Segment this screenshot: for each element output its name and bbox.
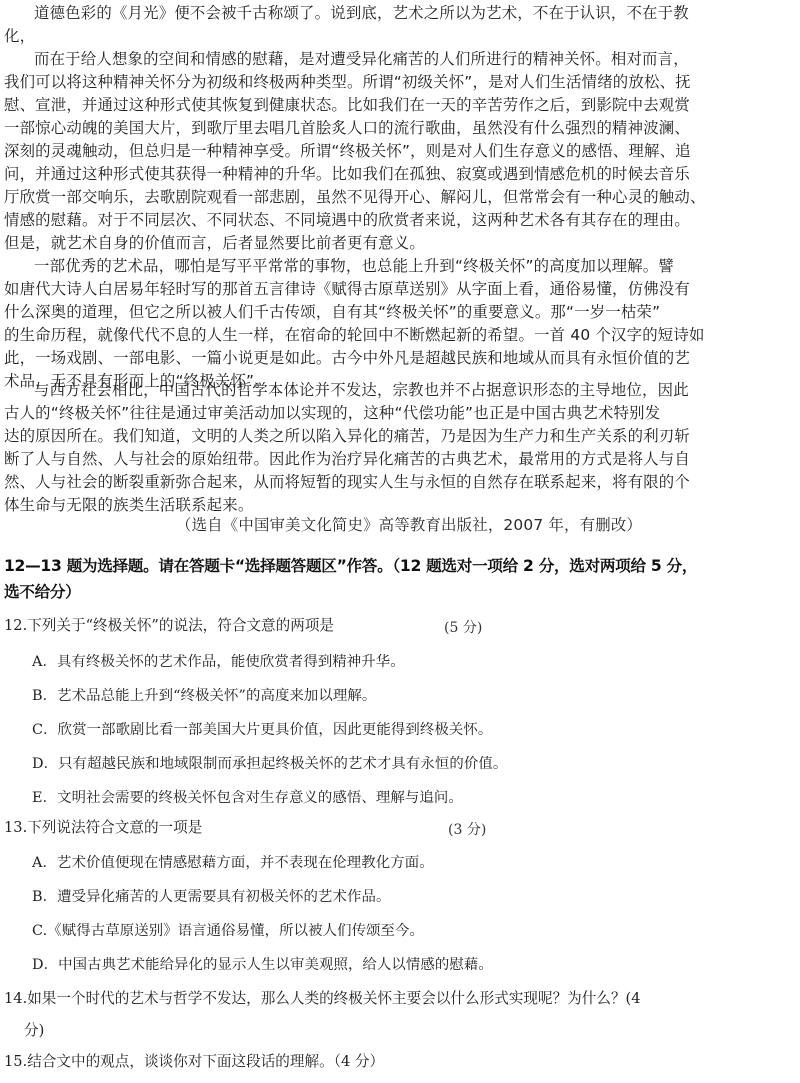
passage-line: 厅欣赏一部交响乐，去歌剧院观看一部悲剧，虽然不见得开心、解闷儿，但常常会有一种心… [4, 187, 706, 207]
instructions-line: 12—13 题为选择题。请在答题卡“选择题答题区”作答。（12 题选对一项给 2… [4, 556, 697, 576]
passage-line: 古人的“终极关怀”往往是通过审美活动加以实现的，这种“代偿功能”也正是中国古典艺… [4, 403, 660, 423]
option-b: B．艺术品总能上升到“终极关怀”的高度来加以理解。 [32, 686, 376, 706]
question-score: (3 分) [448, 819, 486, 839]
passage-line: 达的原因所在。我们知道，文明的人类之所以陷入异化的痛苦，乃是因为生产力和生产关系… [4, 426, 690, 446]
passage-line: 但是，就艺术自身的价值而言，后者显然要比前者更有意义。 [4, 233, 425, 253]
question-stem: 15.结合文中的观点，谈谈你对下面这段话的理解。（4 分） [4, 1052, 384, 1072]
passage-line: 情感的慰藉。对于不同层次、不同状态、不同境遇中的欣赏者来说，这两种艺术各有其存在… [4, 210, 690, 230]
option-a: A．具有终极关怀的艺术作品，能使欣赏者得到精神升华。 [32, 652, 405, 672]
passage-line: 体生命与无限的族类生活联系起来。 [4, 495, 253, 515]
passage-line: 慰、宣泄，并通过这种形式使其恢复到健康状态。比如我们在一天的辛苦劳作之后，到影院… [4, 95, 690, 115]
passage-line: 问，并通过这种形式使其获得一种精神的升华。比如我们在孤独、寂寞或遇到情感危机的时… [4, 164, 690, 184]
passage-line: 的生命历程，就像代代不息的人生一样，在宿命的轮回中不断燃起新的希望。一首 40 … [4, 325, 705, 345]
question-stem: 14.如果一个时代的艺术与哲学不发达，那么人类的终极关怀主要会以什么形式实现呢？… [4, 989, 641, 1009]
question-score: (5 分) [444, 617, 482, 637]
passage-line: 断了人与自然、人与社会的原始纽带。因此作为治疗异化痛苦的古典艺术，最常用的方式是… [4, 449, 690, 469]
passage-line: 深刻的灵魂触动，但总归是一种精神享受。所谓“终极关怀”，则是对人们生存意义的感悟… [4, 141, 691, 161]
question-stem-continuation: 分) [24, 1021, 44, 1041]
passage-line: 道德色彩的《月光》便不会被千古称颂了。说到底，艺术之所以为艺术，不在于认识，不在… [34, 3, 689, 23]
passage-line: 而在于给人想象的空间和情感的慰藉，是对遭受异化痛苦的人们所进行的精神关怀。相对而… [34, 49, 689, 69]
option-d: D．只有超越民族和地域限制而承担起终极关怀的艺术才具有永恒的价值。 [32, 754, 507, 774]
option-b: B．遭受异化痛苦的人更需要具有初极关怀的艺术作品。 [32, 887, 390, 907]
option-a: A．艺术价值便现在情感慰藉方面，并不表现在伦理教化方面。 [32, 853, 434, 873]
passage-line: 化， [4, 26, 35, 46]
option-c: C．欣赏一部歌剧比看一部美国大片更具价值，因此更能得到终极关怀。 [32, 720, 492, 740]
passage-line: 此，一场戏剧、一部电影、一篇小说更是如此。古今中外凡是超越民族和地域从而具有永恒… [4, 348, 690, 368]
option-c: C.《赋得古草原送别》语言通俗易懂，所以被人们传颂至今。 [32, 921, 424, 941]
passage-line: 我们可以将这种精神关怀分为初级和终极两种类型。所谓“初级关怀”，是对人们生活情绪… [4, 72, 691, 92]
passage-line: 什么深奥的道理，但它之所以被人们千古传颂，自有其“终极关怀”的重要意义。那“一岁… [4, 302, 660, 322]
passage-line: 如唐代大诗人白居易年轻时写的那首五言律诗《赋得古原草送别》从字面上看，通俗易懂，… [4, 279, 690, 299]
passage-line: 与西方社会相比，中国古代的哲学本体论并不发达，宗教也并不占据意识形态的主导地位，… [34, 380, 689, 400]
passage-source-citation: （选自《中国审美文化简史》高等教育出版社，2007 年，有删改） [176, 515, 642, 535]
passage-line: 然、人与社会的断裂重新弥合起来，从而将短暂的现实人生与永恒的自然存在联系起来，将… [4, 472, 690, 492]
instructions-line: 选不给分） [4, 582, 80, 602]
passage-line: 一部惊心动魄的美国大片，到歌厅里去唱几首脍炙人口的流行歌曲，虽然没有什么强烈的精… [4, 118, 690, 138]
question-stem: 12.下列关于“终极关怀”的说法，符合文意的两项是 [4, 616, 334, 636]
passage-line: 一部优秀的艺术品，哪怕是写平平常常的事物，也总能上升到“终极关怀”的高度加以理解… [34, 256, 674, 276]
option-e: E．文明社会需要的终极关怀包含对生存意义的感悟、理解与追问。 [32, 788, 463, 808]
question-stem: 13.下列说法符合文意的一项是 [4, 818, 202, 838]
option-d: D．中国古典艺术能给异化的显示人生以审美观照，给人以情感的慰藉。 [32, 955, 493, 975]
